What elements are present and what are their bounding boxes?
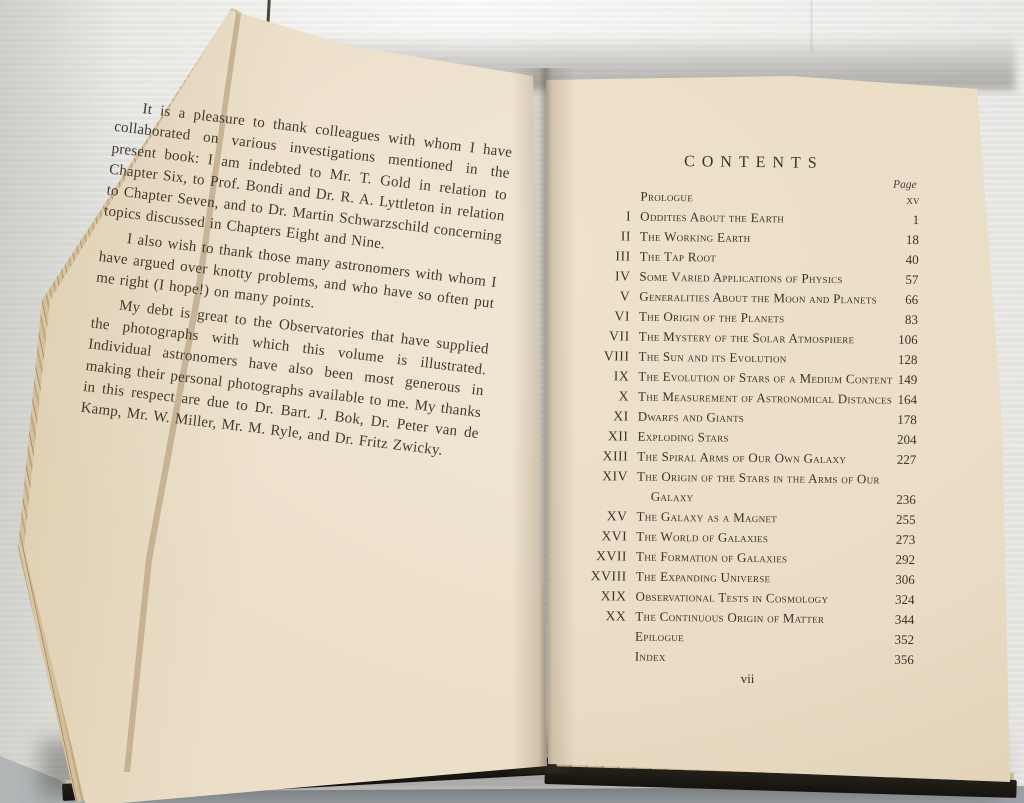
chapter-page-number: 344 [882, 612, 914, 625]
chapter-numeral: VII [586, 329, 639, 343]
chapter-numeral: XI [585, 409, 638, 423]
chapter-numeral: XIV [584, 469, 637, 483]
toc-entry: IVSome Varied Applications of Physics57 [586, 269, 918, 286]
chapter-title: Dwarfs and Giants [638, 410, 885, 426]
chapter-title: The Tap Root [640, 250, 887, 266]
chapter-title: The Measurement of Astronomical Distance… [638, 390, 885, 406]
chapter-page-number: 178 [885, 413, 917, 426]
chapter-numeral: V [586, 289, 639, 303]
toc-entry: Index356 [582, 648, 914, 665]
toc-entry: Epilogue352 [582, 628, 914, 645]
toc-entry: IIThe Working Earth18 [587, 229, 919, 246]
chapter-title: Exploding Stars [637, 430, 884, 446]
chapter-page-number: 204 [884, 433, 916, 446]
chapter-title: The Sun and its Evolution [638, 350, 885, 366]
toc-entry: IIIThe Tap Root40 [587, 249, 919, 266]
chapter-page-number: 57 [886, 273, 918, 286]
toc-entry-prologue: Prologue xv [587, 189, 919, 206]
chapter-page-number: 236 [884, 492, 916, 505]
chapter-title: The Origin of the Planets [639, 310, 886, 326]
chapter-numeral: IV [586, 269, 639, 283]
chapter-page-number: 227 [884, 453, 916, 466]
chapter-title: Oddities About the Earth [640, 210, 887, 226]
chapter-title: The Origin of the Stars in the Arms of O… [637, 470, 884, 506]
chapter-numeral: IX [585, 369, 638, 383]
toc-entry: IXThe Evolution of Stars of a Medium Con… [585, 369, 917, 386]
chapter-title: Prologue [640, 190, 887, 206]
chapter-numeral: XIII [584, 449, 637, 463]
toc-entry: XVIThe World of Galaxies273 [583, 528, 915, 545]
chapter-title: Epilogue [635, 629, 882, 645]
toc-entries: IOddities About the Earth1IIThe Working … [582, 209, 920, 666]
chapter-page-number: 40 [887, 253, 919, 266]
chapter-numeral: XV [583, 508, 636, 522]
chapter-page-number: xv [887, 193, 919, 206]
chapter-page-number: 352 [882, 632, 914, 645]
chapter-numeral: VI [586, 309, 639, 323]
chapter-page-number: 356 [882, 652, 914, 665]
chapter-numeral [588, 189, 641, 190]
toc-entry: XXThe Continuous Origin of Matter344 [582, 608, 914, 625]
contents-block: CONTENTS Page Prologue xv IOddities Abou… [581, 152, 919, 689]
chapter-title: Index [635, 649, 882, 665]
chapter-page-number: 164 [885, 393, 917, 406]
chapter-title: The Continuous Origin of Matter [635, 609, 882, 625]
chapter-numeral: XX [582, 608, 635, 622]
toc-entry: XVThe Galaxy as a Magnet255 [583, 508, 915, 525]
chapter-page-number: 255 [883, 512, 915, 525]
chapter-page-number: 66 [886, 293, 918, 306]
chapter-title: The Formation of Galaxies [636, 549, 883, 565]
toc-entry: XVIIThe Formation of Galaxies292 [583, 548, 915, 565]
chapter-page-number: 106 [886, 333, 918, 346]
toc-entry: XIIExploding Stars204 [584, 429, 916, 446]
toc-entry: IOddities About the Earth1 [587, 209, 919, 226]
chapter-page-number: 149 [885, 373, 917, 386]
chapter-title: The Evolution of Stars of a Medium Conte… [638, 370, 885, 386]
contents-heading: CONTENTS [588, 152, 920, 174]
left-page-text: It is a pleasure to thank colleagues wit… [79, 96, 513, 469]
chapter-numeral [582, 648, 635, 649]
chapter-page-number: 273 [883, 532, 915, 545]
chapter-title: The World of Galaxies [636, 529, 883, 545]
toc-entry: XIVThe Origin of the Stars in the Arms o… [584, 469, 916, 506]
chapter-numeral: III [587, 249, 640, 263]
chapter-page-number: 83 [886, 313, 918, 326]
chapter-page-number: 292 [883, 552, 915, 565]
chapter-page-number: 306 [883, 572, 915, 585]
toc-entry: XIIIThe Spiral Arms of Our Own Galaxy227 [584, 449, 916, 466]
chapter-numeral: XVIII [583, 568, 636, 582]
chapter-numeral: XII [584, 429, 637, 443]
chapter-page-number: 324 [882, 592, 914, 605]
chapter-title: The Galaxy as a Magnet [636, 509, 883, 525]
toc-entry: VIIThe Mystery of the Solar Atmosphere10… [586, 329, 918, 346]
toc-entry: XIDwarfs and Giants178 [585, 409, 917, 426]
chapter-title: The Expanding Universe [636, 569, 883, 585]
chapter-numeral: II [587, 229, 640, 243]
chapter-title: The Working Earth [640, 230, 887, 246]
chapter-title: The Spiral Arms of Our Own Galaxy [637, 450, 884, 466]
toc-entry: VIIIThe Sun and its Evolution128 [585, 349, 917, 366]
chapter-page-number: 18 [887, 233, 919, 246]
chapter-numeral: XVII [583, 548, 636, 562]
chapter-page-number: 1 [887, 213, 919, 226]
toc-entry: XIXObservational Tests in Cosmology324 [583, 588, 915, 605]
toc-entry: VIThe Origin of the Planets83 [586, 309, 918, 326]
chapter-numeral: XIX [583, 588, 636, 602]
toc-entry: XVIIIThe Expanding Universe306 [583, 568, 915, 585]
toc-entry: XThe Measurement of Astronomical Distanc… [585, 389, 917, 406]
chapter-numeral: X [585, 389, 638, 403]
book-photo-scene: It is a pleasure to thank colleagues wit… [0, 0, 1024, 803]
chapter-title: Observational Tests in Cosmology [636, 589, 883, 605]
chapter-page-number: 128 [885, 353, 917, 366]
chapter-title: The Mystery of the Solar Atmosphere [639, 330, 886, 346]
toc-entry: VGeneralities About the Moon and Planets… [586, 289, 918, 306]
chapter-numeral: VIII [585, 349, 638, 363]
chapter-numeral [582, 628, 635, 629]
chapter-numeral: XVI [583, 528, 636, 542]
chapter-title: Some Varied Applications of Physics [639, 270, 886, 286]
chapter-title: Generalities About the Moon and Planets [639, 290, 886, 306]
chapter-numeral: I [587, 209, 640, 223]
book-gutter-crease [512, 68, 576, 774]
